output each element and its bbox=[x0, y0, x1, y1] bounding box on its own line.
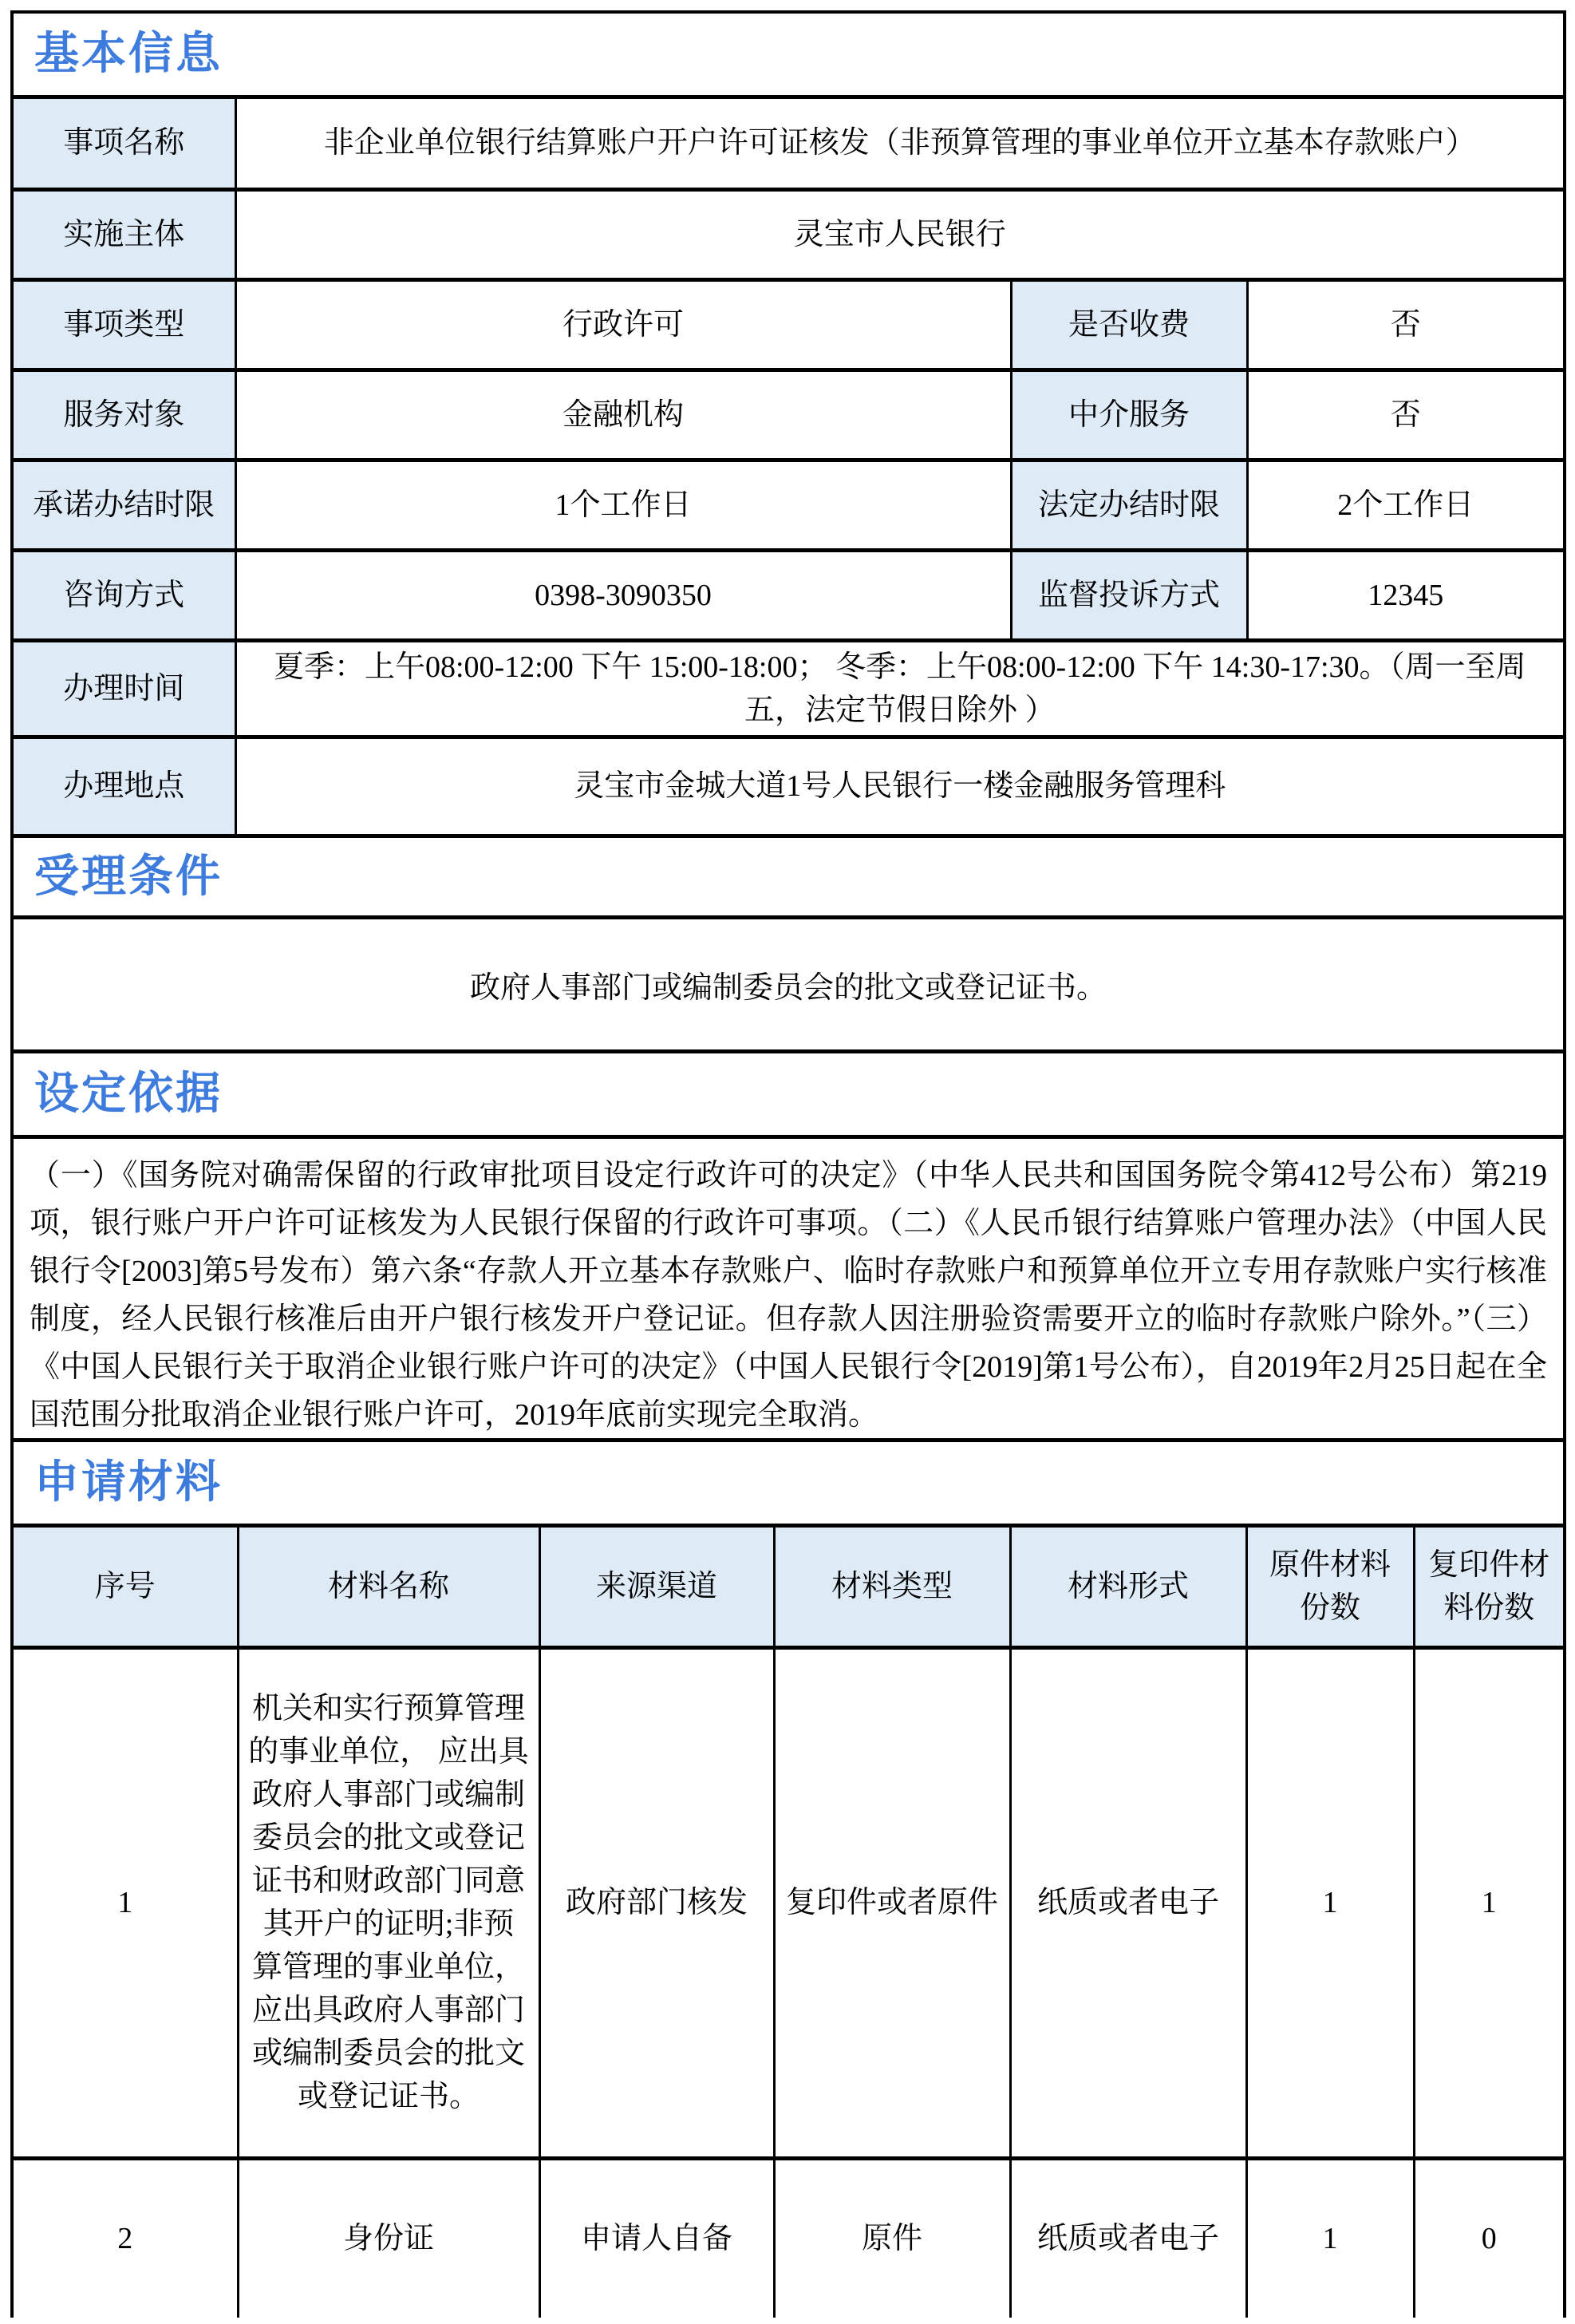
section-header-basic-info: 基本信息 bbox=[14, 14, 1563, 99]
row-value: 夏季：上午08:00-12:00 下午 15:00-18:00； 冬季：上午08… bbox=[235, 640, 1563, 737]
section-title-basic-info: 基本信息 bbox=[34, 32, 223, 77]
column-header-photocopies: 复印件材料份数 bbox=[1414, 1528, 1563, 1647]
table-row-office-location: 办理地点 灵宝市金城大道1号人民银行一楼金融服务管理科 bbox=[14, 737, 1563, 834]
row-label: 办理时间 bbox=[14, 640, 235, 737]
table-row-implementer: 实施主体 灵宝市人民银行 bbox=[14, 189, 1563, 279]
row-value: 0398-3090350 bbox=[235, 550, 1011, 640]
row-label: 事项名称 bbox=[14, 99, 235, 189]
material-seq: 1 bbox=[14, 1647, 238, 2158]
row-value: 灵宝市金城大道1号人民银行一楼金融服务管理科 bbox=[235, 737, 1563, 834]
section-header-basis: 设定依据 bbox=[14, 1053, 1563, 1139]
row-label: 办理地点 bbox=[14, 737, 235, 834]
materials-table: 序号 材料名称 来源渠道 材料类型 材料形式 原件材料份数 复印件材料份数 1 … bbox=[14, 1528, 1563, 2318]
table-row-item-name: 事项名称 非企业单位银行结算账户开户许可证核发（非预算管理的事业单位开立基本存款… bbox=[14, 99, 1563, 189]
material-photocopies: 1 bbox=[1414, 1647, 1563, 2158]
row-value: 否 bbox=[1247, 370, 1563, 460]
row-value: 1个工作日 bbox=[235, 460, 1011, 550]
material-form: 纸质或者电子 bbox=[1010, 2158, 1246, 2318]
material-source: 政府部门核发 bbox=[539, 1647, 774, 2158]
table-row-time-limit: 承诺办结时限 1个工作日 法定办结时限 2个工作日 bbox=[14, 460, 1563, 550]
material-source: 申请人自备 bbox=[539, 2158, 774, 2318]
row-label: 是否收费 bbox=[1011, 279, 1247, 370]
section-title-materials: 申请材料 bbox=[34, 1460, 223, 1505]
material-type: 复印件或者原件 bbox=[774, 1647, 1010, 2158]
material-photocopies: 0 bbox=[1414, 2158, 1563, 2318]
column-header-type: 材料类型 bbox=[774, 1528, 1010, 1647]
row-value: 非企业单位银行结算账户开户许可证核发（非预算管理的事业单位开立基本存款账户） bbox=[235, 99, 1563, 189]
material-original-copies: 1 bbox=[1246, 1647, 1414, 2158]
row-label: 实施主体 bbox=[14, 189, 235, 279]
service-item-document: 基本信息 事项名称 非企业单位银行结算账户开户许可证核发（非预算管理的事业单位开… bbox=[10, 10, 1566, 2318]
section-title-basis: 设定依据 bbox=[34, 1072, 223, 1117]
row-value: 行政许可 bbox=[235, 279, 1011, 370]
column-header-name: 材料名称 bbox=[238, 1528, 539, 1647]
row-value: 灵宝市人民银行 bbox=[235, 189, 1563, 279]
material-original-copies: 1 bbox=[1246, 2158, 1414, 2318]
basic-info-table: 事项名称 非企业单位银行结算账户开户许可证核发（非预算管理的事业单位开立基本存款… bbox=[14, 99, 1563, 834]
row-value: 否 bbox=[1247, 279, 1563, 370]
basis-content: （一）《国务院对确需保留的行政审批项目设定行政许可的决定》（中华人民共和国国务院… bbox=[14, 1139, 1563, 1442]
section-title-acceptance: 受理条件 bbox=[34, 855, 223, 899]
table-row-office-hours: 办理时间 夏季：上午08:00-12:00 下午 15:00-18:00； 冬季… bbox=[14, 640, 1563, 737]
material-form: 纸质或者电子 bbox=[1010, 1647, 1246, 2158]
material-type: 原件 bbox=[774, 2158, 1010, 2318]
column-header-seq: 序号 bbox=[14, 1528, 238, 1647]
row-label: 事项类型 bbox=[14, 279, 235, 370]
column-header-source: 来源渠道 bbox=[539, 1528, 774, 1647]
section-header-acceptance: 受理条件 bbox=[14, 834, 1563, 919]
material-row-2: 2 身份证 申请人自备 原件 纸质或者电子 1 0 bbox=[14, 2158, 1563, 2318]
section-header-materials: 申请材料 bbox=[14, 1442, 1563, 1528]
materials-header-row: 序号 材料名称 来源渠道 材料类型 材料形式 原件材料份数 复印件材料份数 bbox=[14, 1528, 1563, 1647]
material-seq: 2 bbox=[14, 2158, 238, 2318]
column-header-original-copies: 原件材料份数 bbox=[1246, 1528, 1414, 1647]
row-label: 咨询方式 bbox=[14, 550, 235, 640]
row-label: 服务对象 bbox=[14, 370, 235, 460]
table-row-service-target: 服务对象 金融机构 中介服务 否 bbox=[14, 370, 1563, 460]
row-label: 中介服务 bbox=[1011, 370, 1247, 460]
row-label: 承诺办结时限 bbox=[14, 460, 235, 550]
row-value: 12345 bbox=[1247, 550, 1563, 640]
row-label: 监督投诉方式 bbox=[1011, 550, 1247, 640]
table-row-item-type: 事项类型 行政许可 是否收费 否 bbox=[14, 279, 1563, 370]
material-row-1: 1 机关和实行预算管理的事业单位， 应出具政府人事部门或编制 委员会的批文或登记… bbox=[14, 1647, 1563, 2158]
material-name: 身份证 bbox=[238, 2158, 539, 2318]
row-value: 2个工作日 bbox=[1247, 460, 1563, 550]
basis-paragraph: （一）《国务院对确需保留的行政审批项目设定行政许可的决定》（中华人民共和国国务院… bbox=[30, 1152, 1547, 1439]
row-label: 法定办结时限 bbox=[1011, 460, 1247, 550]
material-name: 机关和实行预算管理的事业单位， 应出具政府人事部门或编制 委员会的批文或登记证书… bbox=[238, 1647, 539, 2158]
table-row-consultation: 咨询方式 0398-3090350 监督投诉方式 12345 bbox=[14, 550, 1563, 640]
row-value: 金融机构 bbox=[235, 370, 1011, 460]
acceptance-content: 政府人事部门或编制委员会的批文或登记证书。 bbox=[14, 919, 1563, 1053]
column-header-form: 材料形式 bbox=[1010, 1528, 1246, 1647]
